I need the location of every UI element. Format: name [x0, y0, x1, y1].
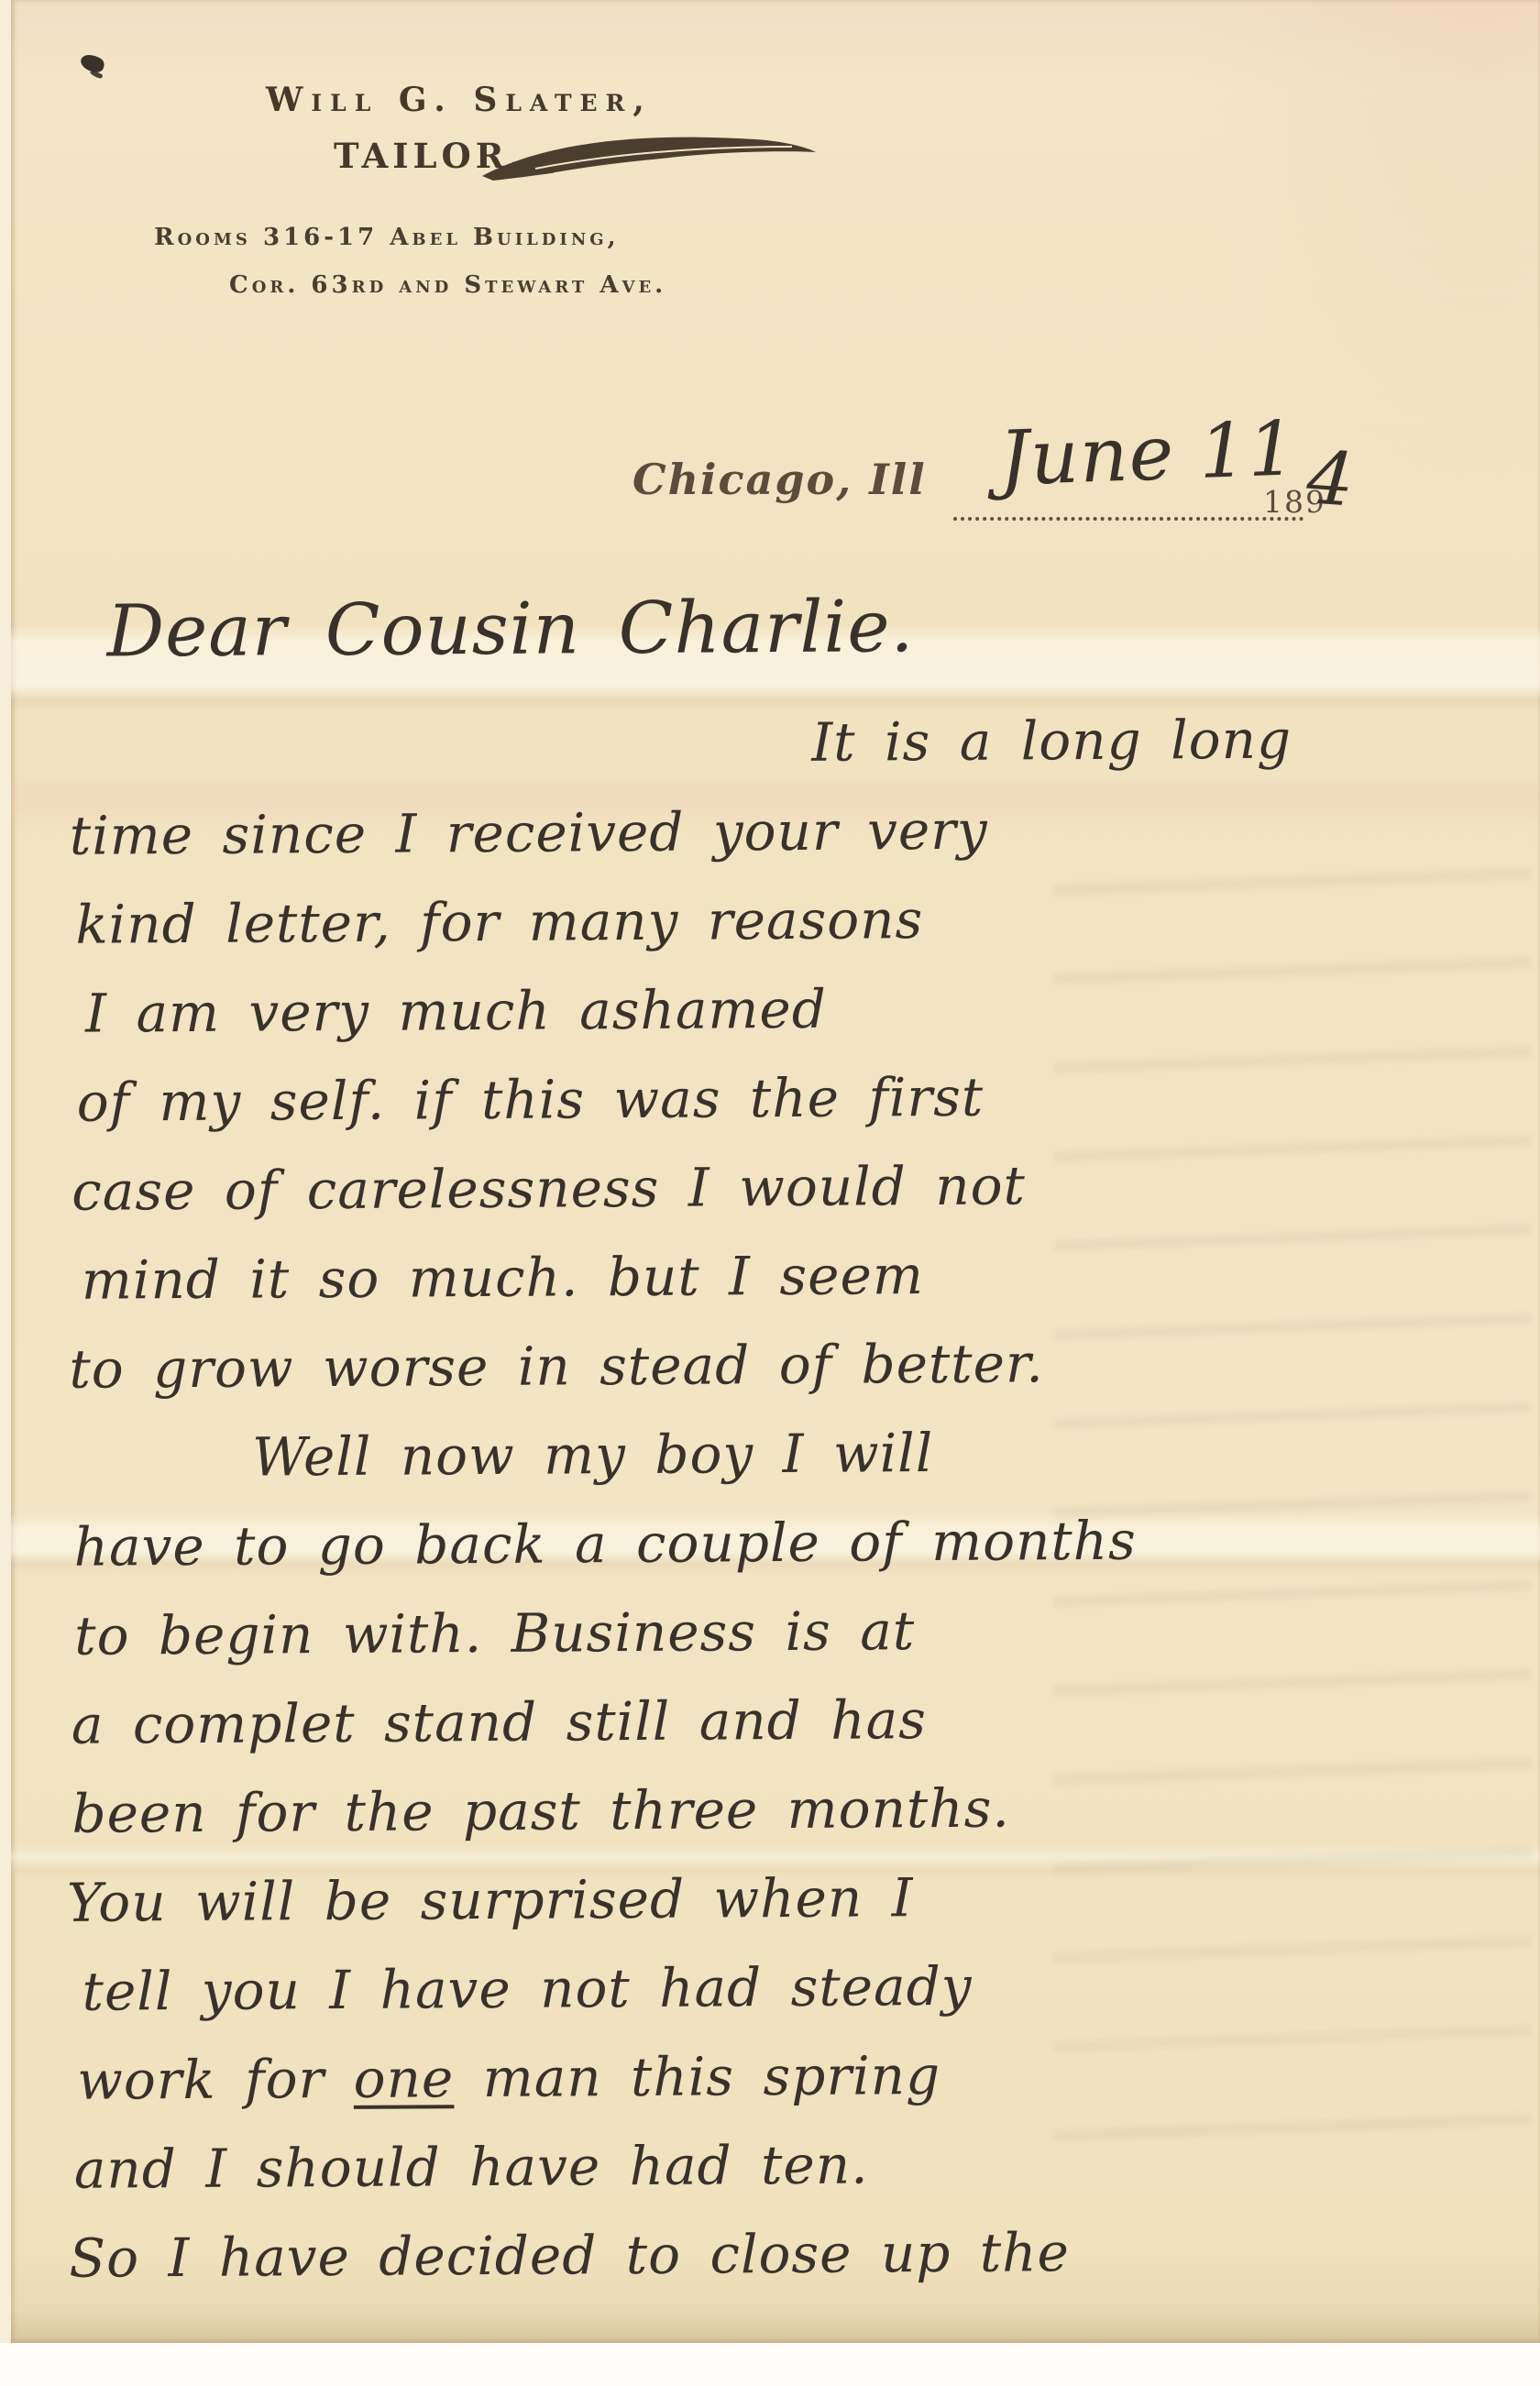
body-line: You will be surprised when I: [67, 1850, 1516, 1948]
body-line: time since I received your very: [70, 783, 1510, 881]
body-line: mind it so much. but I seem: [82, 1227, 1512, 1325]
scan-left-edge: [0, 0, 11, 2343]
body-line: been for the past three months.: [71, 1761, 1515, 1859]
body-line: tell you I have not had steady: [82, 1939, 1516, 2037]
letterhead-address-rooms: Rooms 316-17 Abel Building,: [154, 224, 620, 251]
body-line: and I should have had ten.: [74, 2117, 1518, 2215]
letterhead-name: Will G. Slater,: [266, 81, 653, 119]
letterhead-address-corner: Cor. 63rd and Stewart Ave.: [229, 271, 666, 299]
body-line: I am very much ashamed: [85, 961, 1511, 1058]
body-line-segment: work for: [77, 2048, 354, 2112]
body-line: to grow worse in stead of better.: [69, 1316, 1512, 1414]
letter-body: Dear Cousin Charlie. It is a long long t…: [59, 582, 1517, 2304]
body-line: case of carelessness I would not: [71, 1138, 1512, 1237]
body-line: It is a long long: [811, 694, 1509, 787]
letter-page: Will G. Slater, TAILOR. Rooms 316-17 Abe…: [11, 0, 1540, 2343]
body-line: a complet stand still and has: [71, 1672, 1515, 1770]
body-line: have to go back a couple of months: [73, 1494, 1513, 1592]
body-line: kind letter, for many reasons: [75, 872, 1510, 970]
salutation: Dear Cousin Charlie.: [106, 582, 1508, 702]
ink-mark: [78, 49, 107, 76]
body-line: So I have decided to close up the: [69, 2205, 1518, 2304]
body-line: Well now my boy I will: [252, 1405, 1513, 1501]
printed-city-label: Chicago, Ill: [632, 455, 927, 504]
handwritten-year-digit: 4: [1304, 434, 1357, 522]
body-line: of my self. if this was the first: [76, 1050, 1511, 1148]
body-line-underlined: work for one man this spring: [77, 2028, 1517, 2126]
body-line: to begin with. Business is at: [74, 1583, 1514, 1681]
underlined-word: one: [353, 2047, 454, 2110]
body-line-segment: man this spring: [454, 2044, 940, 2109]
flourish-ornament: [480, 130, 819, 183]
handwritten-date: June 11: [997, 405, 1298, 502]
